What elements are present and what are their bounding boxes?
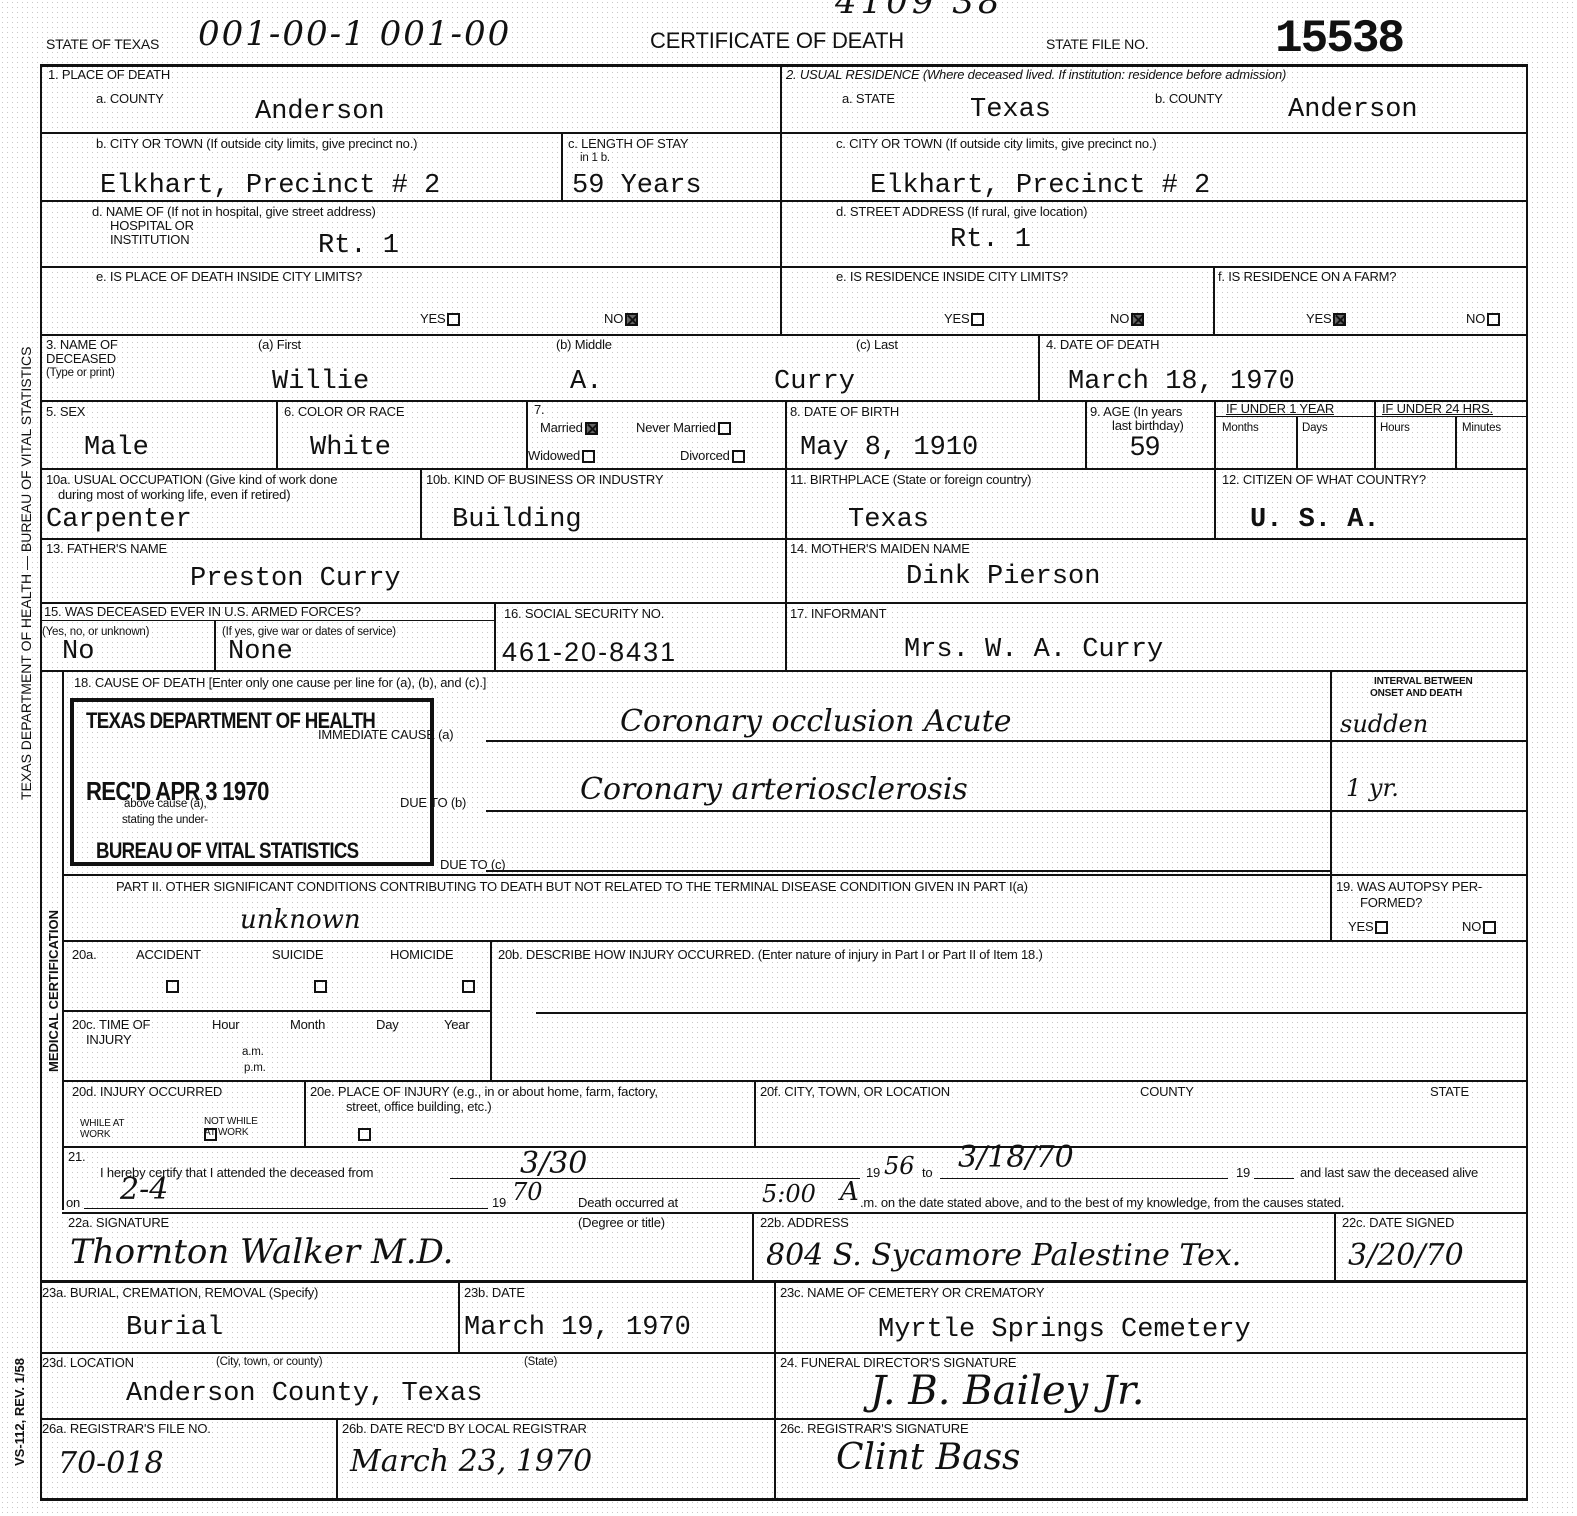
fill-line	[1254, 1178, 1294, 1179]
death-date-label: 4. DATE OF DEATH	[1046, 338, 1159, 351]
registrar-date-label: 26b. DATE REC'D BY LOCAL REGISTRAR	[342, 1422, 587, 1435]
minutes-label: Minutes	[1462, 422, 1501, 434]
armed-value: No	[62, 638, 94, 666]
street-address-value: Rt. 1	[950, 226, 1031, 254]
marital-divorced[interactable]: Divorced	[680, 449, 745, 463]
days-label: Days	[1302, 422, 1327, 434]
signature-label: 22a. SIGNATURE	[68, 1216, 169, 1229]
yes-text: YES	[1348, 919, 1373, 934]
father-value: Preston Curry	[190, 565, 401, 593]
col-line	[561, 132, 563, 200]
death-inside-no[interactable]: NO	[604, 312, 638, 326]
res-city-label: c. CITY OR TOWN (If outside city limits,…	[836, 137, 1157, 150]
divorced-text: Divorced	[680, 448, 730, 463]
married-text: Married	[540, 420, 583, 435]
col-line	[420, 468, 422, 538]
form-code: VS-112, REV. 1/58	[12, 1358, 27, 1466]
sex-label: 5. SEX	[46, 405, 85, 418]
registrar-sig-label: 26c. REGISTRAR'S SIGNATURE	[780, 1422, 968, 1435]
yes-text: YES	[944, 311, 969, 326]
col-line	[1330, 670, 1332, 940]
col-line	[754, 1080, 756, 1146]
informant-label: 17. INFORMANT	[790, 607, 886, 620]
race-label: 6. COLOR OR RACE	[284, 405, 404, 418]
conditions-text-2: stating the under-	[122, 814, 208, 826]
checkbox-empty[interactable]	[1483, 921, 1496, 934]
res-state-label: a. STATE	[842, 92, 895, 105]
col-line	[458, 1280, 460, 1352]
under-line	[42, 620, 494, 621]
hours-label: Hours	[1380, 422, 1410, 434]
ampm-value: A	[840, 1176, 859, 1208]
checkbox-empty[interactable]	[582, 450, 595, 463]
col-line	[1296, 416, 1298, 468]
birthplace-value: Texas	[848, 506, 929, 534]
sex-value: Male	[84, 434, 149, 462]
registrar-signature: Clint Bass	[836, 1442, 1021, 1474]
birth-date-value: May 8, 1910	[800, 434, 978, 462]
row-line	[62, 1146, 1528, 1148]
location-label: 23d. LOCATION	[42, 1356, 134, 1369]
describe-line	[536, 1012, 1526, 1014]
row-line	[62, 1212, 1528, 1214]
interval-a-value: sudden	[1340, 708, 1428, 740]
widowed-text: Widowed	[528, 448, 580, 463]
marital-never[interactable]: Never Married	[636, 421, 731, 435]
stay-label: c. LENGTH OF STAY	[568, 137, 688, 150]
med-col-line	[62, 940, 64, 1210]
checkbox-empty[interactable]	[971, 313, 984, 326]
stay-sublabel: in 1 b.	[580, 152, 610, 164]
date-signed-value: 3/20/70	[1348, 1240, 1464, 1272]
injury-state-label: STATE	[1430, 1085, 1469, 1098]
interval-label-2: ONSET AND DEATH	[1370, 688, 1462, 699]
row-line	[40, 670, 1528, 672]
injury-type-label: 20a.	[72, 948, 97, 961]
interval-line	[1332, 810, 1526, 812]
cert-text-3: .m. on the date stated above, and to the…	[860, 1196, 1344, 1209]
am-label: a.m.	[242, 1046, 264, 1058]
col-line	[1455, 416, 1457, 468]
certificate-title: CERTIFICATE OF DEATH	[650, 30, 904, 52]
col-line	[1334, 1212, 1336, 1280]
death-time-value: 5:00	[762, 1178, 816, 1210]
months-label: Months	[1222, 422, 1259, 434]
cause-b-line	[486, 810, 1330, 812]
not-while-work-label[interactable]: NOT WHILE AT WORK	[204, 1116, 270, 1138]
suicide-checkbox[interactable]	[314, 980, 327, 993]
col-line	[276, 400, 278, 468]
autopsy-no[interactable]: NO	[1462, 920, 1496, 934]
degree-label: (Degree or title)	[578, 1216, 665, 1229]
checkbox-checked[interactable]	[1131, 313, 1144, 326]
checkbox-empty[interactable]	[447, 313, 460, 326]
ssn-label: 16. SOCIAL SECURITY NO.	[504, 607, 664, 620]
father-label: 13. FATHER'S NAME	[46, 542, 167, 555]
hour-label: Hour	[212, 1018, 239, 1031]
row-line	[40, 1280, 1528, 1283]
autopsy-yes[interactable]: YES	[1348, 920, 1388, 934]
autopsy-label-2: FORMED?	[1360, 896, 1422, 909]
fill-line	[940, 1178, 1228, 1179]
yr-prefix-3: 19	[492, 1196, 506, 1209]
time-injury-label-2: INJURY	[86, 1033, 132, 1046]
registrar-file-value: 70-018	[58, 1448, 164, 1480]
injury-occurred-label: 20d. INJURY OCCURRED	[72, 1085, 222, 1098]
street-address-label: d. STREET ADDRESS (If rural, give locati…	[836, 205, 1087, 218]
state-file-number: 15538	[1275, 16, 1403, 62]
row-line	[40, 266, 1528, 268]
physician-signature: Thornton Walker M.D.	[70, 1236, 453, 1268]
row-line	[62, 940, 1528, 942]
county-label: a. COUNTY	[96, 92, 164, 105]
checkbox-empty[interactable]	[718, 422, 731, 435]
registrar-date-value: March 23, 1970	[350, 1446, 592, 1478]
month-label: Month	[290, 1018, 325, 1031]
res-inside-yes[interactable]: YES	[944, 312, 984, 326]
cause-label: 18. CAUSE OF DEATH [Enter only one cause…	[74, 676, 486, 689]
handwritten-code: 001-00-1 001-00	[198, 18, 511, 50]
name-label-2: DECEASED	[46, 352, 116, 365]
col-line	[785, 400, 787, 670]
injury-county-label: COUNTY	[1140, 1085, 1194, 1098]
res-county-value: Anderson	[1288, 96, 1418, 124]
frame-bottom	[40, 1498, 1528, 1501]
race-value: White	[310, 434, 391, 462]
no-text: NO	[1462, 919, 1481, 934]
autopsy-label: 19. WAS AUTOPSY PER-	[1336, 880, 1482, 893]
hospital-label: d. NAME OF (If not in hospital, give str…	[92, 205, 376, 218]
fill-line	[84, 1208, 488, 1209]
col-line	[304, 1080, 306, 1146]
cert-to-value: 3/18/70	[958, 1142, 1074, 1174]
stamp-line-1: TEXAS DEPARTMENT OF HEALTH	[86, 708, 375, 734]
place-injury-label: 20e. PLACE OF INJURY (e.g., in or about …	[310, 1085, 658, 1098]
first-name-value: Willie	[272, 368, 369, 396]
death-county-value: Anderson	[255, 98, 385, 126]
burial-date-label: 23b. DATE	[464, 1286, 525, 1299]
under-line	[1216, 416, 1526, 417]
stay-value: 59 Years	[572, 172, 702, 200]
state-of-texas-label: STATE OF TEXAS	[46, 38, 159, 51]
row-line	[40, 132, 1528, 134]
yes-text: YES	[1306, 311, 1331, 326]
part2-value: unknown	[240, 904, 361, 936]
describe-injury-label: 20b. DESCRIBE HOW INJURY OCCURRED. (Ente…	[498, 948, 1043, 961]
no-text: NO	[604, 311, 623, 326]
birthplace-label: 11. BIRTHPLACE (State or foreign country…	[790, 473, 1031, 486]
frame-right	[1526, 64, 1528, 1500]
day-label: Day	[376, 1018, 399, 1031]
death-city-value: Elkhart, Precinct # 2	[100, 172, 440, 200]
hospital-label-3: INSTITUTION	[110, 233, 189, 246]
homicide-checkbox[interactable]	[462, 980, 475, 993]
col-line	[1085, 400, 1087, 468]
while-work-text: WHILE AT WORK	[80, 1118, 124, 1140]
col-line	[336, 1418, 338, 1498]
age-value: 59	[1130, 432, 1160, 460]
age-label: 9. AGE (In years	[1090, 405, 1182, 418]
frame-top	[40, 64, 1528, 67]
accident-checkbox[interactable]	[166, 980, 179, 993]
registrar-file-label: 26a. REGISTRAR'S FILE NO.	[42, 1422, 211, 1435]
death-inside-limits-label: e. IS PLACE OF DEATH INSIDE CITY LIMITS?	[96, 270, 362, 283]
res-inside-no[interactable]: NO	[1110, 312, 1144, 326]
accident-label: ACCIDENT	[136, 948, 201, 961]
interval-line	[1332, 740, 1526, 742]
on-label: on	[66, 1196, 80, 1209]
marital-married[interactable]: Married	[540, 421, 598, 435]
side-department-text: TEXAS DEPARTMENT OF HEALTH — BUREAU OF V…	[18, 346, 34, 800]
suicide-label: SUICIDE	[272, 948, 323, 961]
occupation-value: Carpenter	[46, 506, 192, 534]
med-col-line	[62, 670, 64, 940]
row-line	[40, 538, 1528, 540]
marital-label: 7.	[534, 403, 544, 416]
death-inside-yes[interactable]: YES	[420, 312, 460, 326]
industry-label: 10b. KIND OF BUSINESS OR INDUSTRY	[426, 473, 663, 486]
pm-label: p.m.	[244, 1062, 266, 1074]
col-line	[490, 940, 492, 1080]
divider-center-top	[780, 64, 782, 334]
col-line	[1214, 400, 1216, 538]
ssn-value: 461-20-8431	[502, 638, 677, 666]
col-line	[1213, 266, 1215, 334]
row-line	[62, 1010, 490, 1012]
state-file-label: STATE FILE NO.	[1046, 38, 1148, 51]
yes-text: YES	[420, 311, 445, 326]
checkbox-empty[interactable]	[732, 450, 745, 463]
name-label-3: (Type or print)	[46, 367, 115, 379]
last-seen-value: 2-4	[120, 1174, 168, 1206]
occupation-label-2: during most of working life, even if ret…	[58, 488, 290, 501]
col-line	[494, 602, 496, 670]
col-line	[1038, 334, 1040, 400]
no-text: NO	[1110, 311, 1129, 326]
farm-yes[interactable]: YES	[1306, 312, 1346, 326]
cause-a-line	[486, 740, 1330, 742]
checkbox-empty[interactable]	[1487, 313, 1500, 326]
address-label: 22b. ADDRESS	[760, 1216, 849, 1229]
checkbox-checked[interactable]	[1333, 313, 1346, 326]
checkbox-empty[interactable]	[1375, 921, 1388, 934]
citizen-value: U. S. A.	[1250, 506, 1380, 534]
date-signed-label: 22c. DATE SIGNED	[1342, 1216, 1454, 1229]
not-while-work-checkbox[interactable]	[358, 1128, 371, 1141]
cause-a-value: Coronary occlusion Acute	[620, 706, 1012, 738]
death-date-value: March 18, 1970	[1068, 368, 1295, 396]
cert-from-year: 56	[884, 1150, 915, 1182]
res-state-value: Texas	[970, 96, 1051, 124]
birth-date-label: 8. DATE OF BIRTH	[790, 405, 899, 418]
not-while-work-text: NOT WHILE AT WORK	[204, 1116, 258, 1138]
death-at-label: Death occurred at	[578, 1196, 678, 1209]
cemetery-label: 23c. NAME OF CEMETERY OR CREMATORY	[780, 1286, 1044, 1299]
time-injury-label: 20c. TIME OF	[72, 1018, 150, 1031]
death-city-label: b. CITY OR TOWN (If outside city limits,…	[96, 137, 417, 150]
last-label: (c) Last	[856, 338, 898, 351]
middle-name-value: A.	[570, 368, 602, 396]
row-line	[40, 1352, 1528, 1354]
injury-city-label: 20f. CITY, TOWN, OR LOCATION	[760, 1085, 950, 1098]
under-24-label: IF UNDER 24 HRS.	[1382, 402, 1493, 415]
cause-c-line	[486, 870, 1330, 872]
middle-label: (b) Middle	[556, 338, 612, 351]
armed-forces-label: 15. WAS DECEASED EVER IN U.S. ARMED FORC…	[44, 605, 361, 618]
mother-value: Dink Pierson	[906, 563, 1100, 591]
row-line	[62, 874, 1528, 876]
name-label: 3. NAME OF	[46, 338, 118, 351]
never-married-text: Never Married	[636, 420, 716, 435]
no-text: NO	[1466, 311, 1485, 326]
place-of-death-label: 1. PLACE OF DEATH	[48, 68, 170, 81]
hospital-label-2: HOSPITAL OR	[110, 219, 194, 232]
director-signature: J. B. Bailey Jr.	[870, 1370, 1144, 1412]
row-line	[40, 1418, 1528, 1420]
cause-b-value: Coronary arteriosclerosis	[580, 774, 968, 806]
marital-widowed[interactable]: Widowed	[528, 449, 595, 463]
burial-date-value: March 19, 1970	[464, 1314, 691, 1342]
burial-method-label: 23a. BURIAL, CREMATION, REMOVAL (Specify…	[42, 1286, 318, 1299]
first-label: (a) First	[258, 338, 301, 351]
res-inside-limits-label: e. IS RESIDENCE INSIDE CITY LIMITS?	[836, 270, 1068, 283]
hospital-value: Rt. 1	[318, 232, 399, 260]
checkbox-checked[interactable]	[585, 422, 598, 435]
stamp-line-3: BUREAU OF VITAL STATISTICS	[96, 838, 358, 864]
row-line	[40, 468, 1528, 470]
usual-residence-label: 2. USUAL RESIDENCE (Where deceased lived…	[786, 68, 1286, 81]
farm-no[interactable]: NO	[1466, 312, 1500, 326]
yr-prefix: 19	[866, 1166, 880, 1179]
col-line	[774, 1280, 776, 1498]
interval-label: INTERVAL BETWEEN	[1374, 676, 1472, 687]
conditions-text: above cause (a),	[124, 798, 206, 810]
informant-value: Mrs. W. A. Curry	[904, 636, 1163, 664]
farm-label: f. IS RESIDENCE ON A FARM?	[1218, 270, 1396, 283]
homicide-label: HOMICIDE	[390, 948, 453, 961]
location-sub-2: (State)	[524, 1356, 557, 1368]
col-line	[1374, 400, 1376, 468]
last-seen-year: 70	[512, 1176, 543, 1208]
col-line	[752, 1212, 754, 1280]
service-value: None	[228, 638, 293, 666]
place-injury-label-2: street, office building, etc.)	[346, 1100, 492, 1113]
address-value: 804 S. Sycamore Palestine Tex.	[766, 1240, 1241, 1272]
industry-value: Building	[452, 506, 582, 534]
cert-number: 21.	[68, 1150, 85, 1163]
to-label: to	[922, 1166, 932, 1179]
mother-label: 14. MOTHER'S MAIDEN NAME	[790, 542, 970, 555]
row-line	[62, 1080, 1528, 1082]
yr-prefix-2: 19	[1236, 1166, 1250, 1179]
medical-certification-text: MEDICAL CERTIFICATION	[46, 910, 61, 1072]
under-year-label: IF UNDER 1 YEAR	[1226, 402, 1334, 415]
occupation-label: 10a. USUAL OCCUPATION (Give kind of work…	[46, 473, 337, 486]
citizen-label: 12. CITIZEN OF WHAT COUNTRY?	[1222, 473, 1426, 486]
part2-label: PART II. OTHER SIGNIFICANT CONDITIONS CO…	[116, 880, 1028, 893]
res-city-value: Elkhart, Precinct # 2	[870, 172, 1210, 200]
cert-text-2: and last saw the deceased alive	[1300, 1166, 1478, 1179]
row-line	[40, 334, 1528, 336]
interval-b-value: 1 yr.	[1346, 772, 1399, 804]
while-work-label[interactable]: WHILE AT WORK	[80, 1118, 136, 1140]
location-value: Anderson County, Texas	[126, 1380, 482, 1408]
armed-sub-label: (Yes, no, or unknown)	[42, 626, 149, 638]
last-name-value: Curry	[774, 368, 855, 396]
col-line	[214, 620, 216, 670]
checkbox-checked[interactable]	[625, 313, 638, 326]
year-label: Year	[444, 1018, 469, 1031]
location-sub-1: (City, town, or county)	[216, 1356, 322, 1368]
top-annotation: 4109 38	[835, 0, 1004, 18]
cemetery-value: Myrtle Springs Cemetery	[878, 1316, 1251, 1344]
received-stamp: TEXAS DEPARTMENT OF HEALTH REC'D APR 3 1…	[70, 698, 434, 866]
res-county-label: b. COUNTY	[1155, 92, 1223, 105]
burial-method-value: Burial	[126, 1314, 223, 1342]
